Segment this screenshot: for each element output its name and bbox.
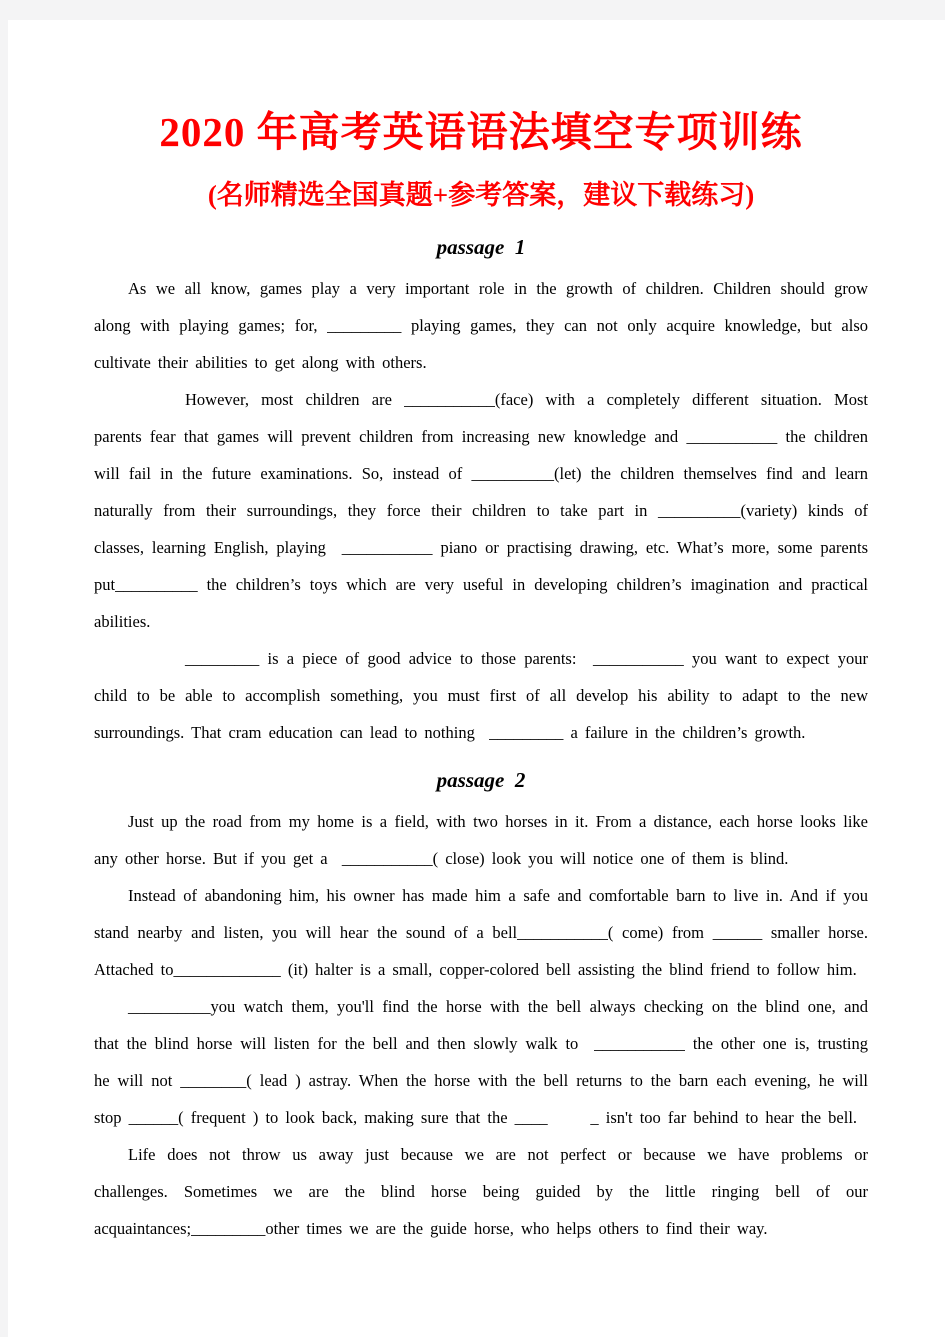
- passage-2-paragraph-1: Just up the road from my home is a field…: [94, 803, 868, 877]
- passage-1-paragraph-1: As we all know, games play a very import…: [94, 270, 868, 381]
- passage-1-heading: passage 1: [94, 232, 868, 262]
- viewer-chrome-top: [0, 0, 945, 21]
- passage-2-paragraph-2: Instead of abandoning him, his owner has…: [94, 877, 868, 988]
- passage-1-paragraph-3: _________ is a piece of good advice to t…: [94, 640, 868, 751]
- document-title: 2020 年高考英语语法填空专项训练: [94, 108, 868, 156]
- passage-2-body: Just up the road from my home is a field…: [94, 803, 868, 1247]
- document-subtitle: (名师精选全国真题+参考答案，建议下载练习): [94, 178, 868, 212]
- passage-1-paragraph-2: However, most children are ___________(f…: [94, 381, 868, 640]
- passage-2-heading: passage 2: [94, 765, 868, 795]
- passage-2-paragraph-4: Life does not throw us away just because…: [94, 1136, 868, 1247]
- passage-2-paragraph-3: __________you watch them, you'll find th…: [94, 988, 868, 1136]
- document-page: 2020 年高考英语语法填空专项训练 (名师精选全国真题+参考答案，建议下载练习…: [8, 20, 945, 1337]
- passage-1-body: As we all know, games play a very import…: [94, 270, 868, 751]
